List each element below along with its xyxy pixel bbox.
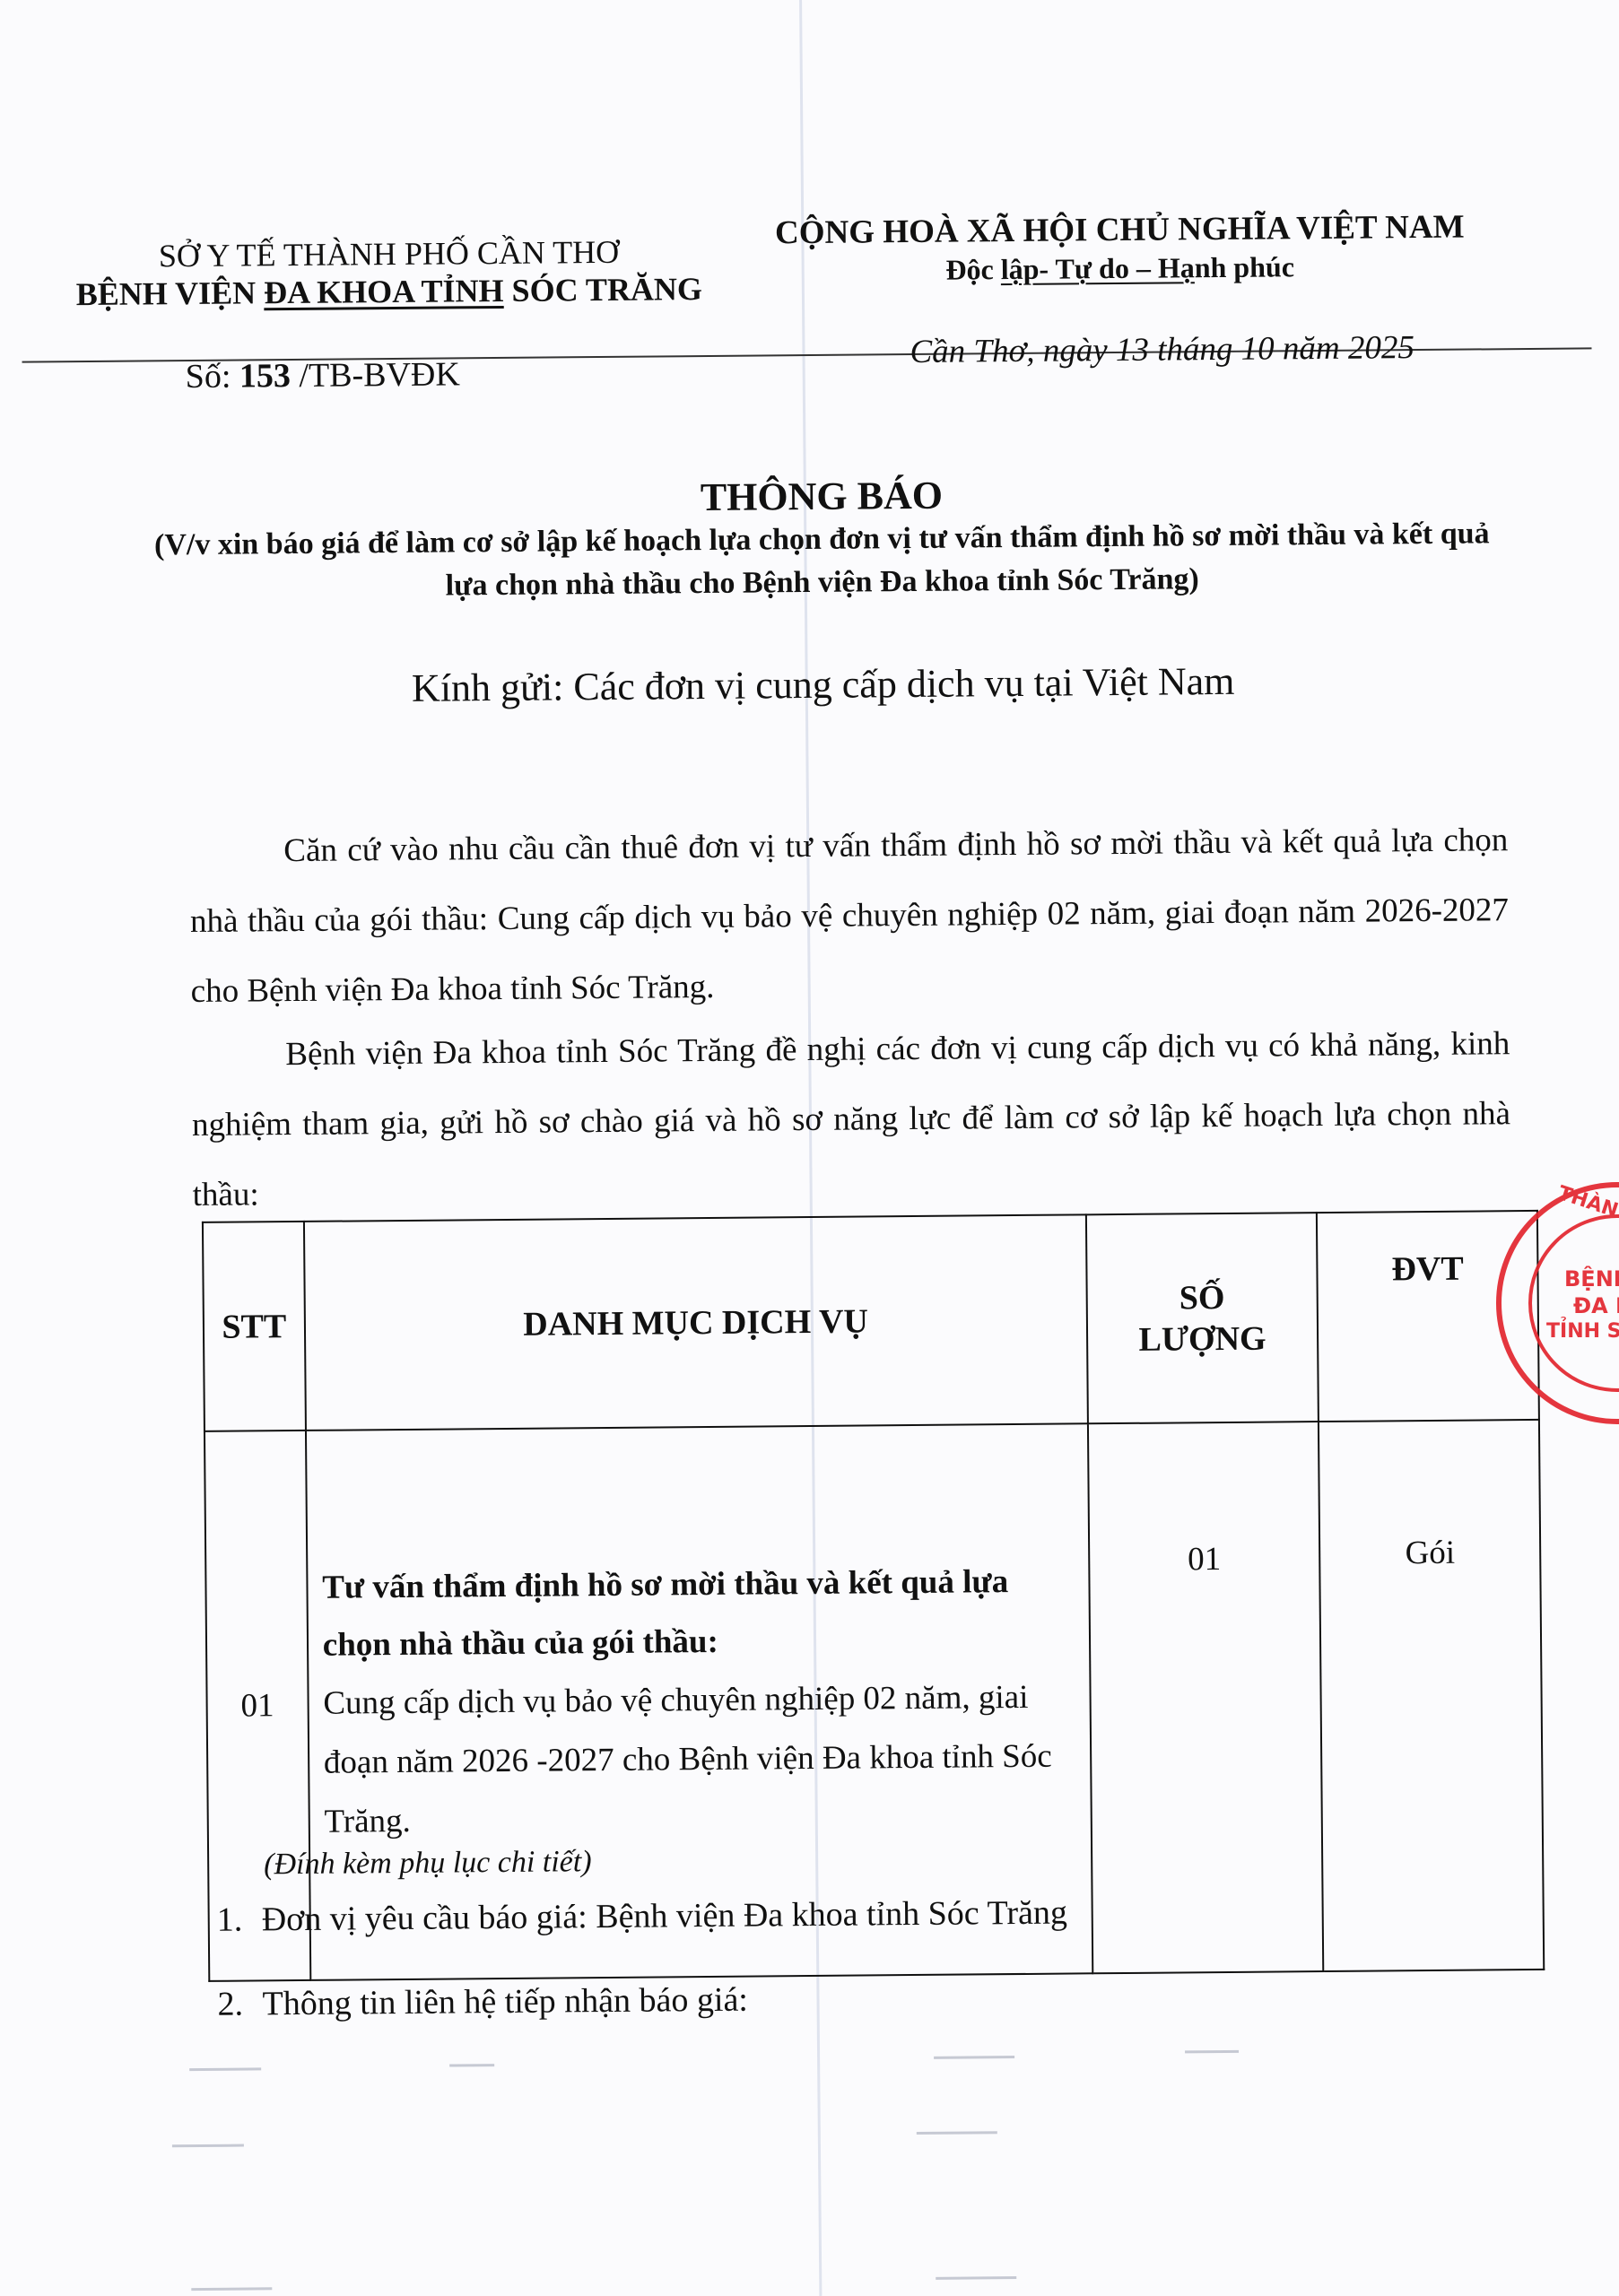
motto-underlined: lập- Tự do – Hạ (1001, 251, 1195, 285)
service-detail: Cung cấp dịch vụ bảo vệ chuyên nghiệp 02… (323, 1667, 1082, 1851)
greeting: Kính gửi: Các đơn vị cung cấp dịch vụ tạ… (151, 656, 1496, 713)
date-line: Cần Thơ, ngày 13 tháng 10 năm 2025 (910, 328, 1414, 371)
national-motto: CỘNG HOÀ XÃ HỘI CHỦ NGHĨA VIỆT NAM Độc l… (738, 207, 1501, 289)
paragraph-request: Bệnh viện Đa khoa tỉnh Sóc Trăng đề nghị… (191, 1009, 1511, 1231)
motto-suffix: nh phúc (1195, 250, 1294, 283)
bleed-through-mark (191, 2287, 272, 2291)
country-name: CỘNG HOÀ XÃ HỘI CHỦ NGHĨA VIỆT NAM (738, 207, 1501, 253)
bleed-through-mark (936, 2276, 1016, 2280)
info-list: 1.Đơn vị yêu cầu báo giá: Bệnh viện Đa k… (216, 1867, 1474, 2047)
header-quantity-line2: LƯỢNG (1138, 1319, 1266, 1358)
document-number: Số: 153 /TB-BVĐK (186, 354, 461, 396)
bleed-through-mark (934, 2056, 1014, 2059)
list-item: 2.Thông tin liên hệ tiếp nhận báo giá: (217, 1952, 1474, 2047)
authority-prefix: BỆNH VIỆN (76, 274, 265, 312)
motto-prefix: Độc (945, 253, 1001, 286)
header-stt: STT (203, 1222, 306, 1431)
authority-suffix: SÓC TRĂNG (503, 271, 702, 309)
bleed-through-mark (189, 2067, 261, 2071)
bleed-through-mark (917, 2131, 997, 2135)
seal-center-line1: BỆNH (1564, 1266, 1619, 1291)
authority-line2: BỆNH VIỆN ĐA KHOA TỈNH SÓC TRĂNG (66, 270, 712, 313)
list-number: 1. (216, 1877, 262, 1961)
issuing-authority: SỞ Y TẾ THÀNH PHỐ CẦN THƠ BỆNH VIỆN ĐA K… (65, 232, 712, 313)
list-text: Thông tin liên hệ tiếp nhận báo giá: (262, 1981, 748, 2023)
motto: Độc lập- Tự do – Hạnh phúc (739, 247, 1501, 289)
paragraph-basis: Căn cứ vào nhu cầu cần thuê đơn vị tư vấ… (189, 805, 1510, 1027)
bleed-through-mark (172, 2144, 244, 2148)
bleed-through-mark (449, 2064, 494, 2066)
table-header-row: STT DANH MỤC DỊCH VỤ SỐLƯỢNG ĐVT (203, 1211, 1539, 1431)
authority-line1: SỞ Y TẾ THÀNH PHỐ CẦN THƠ (65, 232, 711, 275)
doc-number-suffix: /TB-BVĐK (291, 355, 460, 395)
document-subject: (V/v xin báo giá để làm cơ sở lập kế hoạ… (149, 512, 1495, 610)
doc-number-value: 153 (239, 357, 291, 395)
bleed-through-mark (1185, 2050, 1239, 2054)
header-service: DANH MỤC DỊCH VỤ (304, 1214, 1088, 1431)
document-page: SỞ Y TẾ THÀNH PHỐ CẦN THƠ BỆNH VIỆN ĐA K… (0, 0, 1619, 2296)
list-item: 1.Đơn vị yêu cầu báo giá: Bệnh viện Đa k… (216, 1867, 1473, 1962)
seal-center-line2: ĐA K (1573, 1293, 1619, 1318)
doc-number-label: Số: (186, 358, 240, 396)
authority-underlined: ĐA KHOA TỈNH (264, 273, 504, 310)
service-title: Tư vấn thẩm định hồ sơ mời thầu và kết q… (322, 1552, 1080, 1674)
seal-center-line3: TỈNH SÓ (1546, 1320, 1619, 1343)
seal-ring-text: THÀN (1555, 1182, 1619, 1222)
list-number: 2. (217, 1961, 263, 2046)
header-quantity: SỐLƯỢNG (1085, 1213, 1319, 1423)
header-quantity-line1: SỐ (1179, 1278, 1225, 1316)
list-text: Đơn vị yêu cầu báo giá: Bệnh viện Đa kho… (262, 1894, 1068, 1939)
